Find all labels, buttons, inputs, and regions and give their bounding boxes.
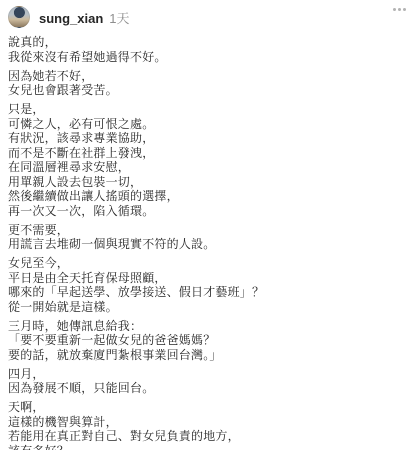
post-paragraph: 因為她若不好， 女兒也會跟著受苦。 [8,69,406,98]
post-paragraph: 只是， 可憐之人，必有可恨之處。 有狀況，該尋求專業協助， 而不是不斷在社群上發… [8,102,406,218]
dot [403,8,406,11]
post-paragraph: 女兒至今， 平日是由全天托育保母照顧， 哪來的「早起送學、放學接送、假日才藝班」… [8,256,406,314]
post-paragraph: 說真的， 我從來沒有希望她過得不好。 [8,35,406,64]
post-paragraph: 四月， 因為發展不順，只能回台。 [8,367,406,396]
header-text: sung_xian 1天 [39,8,130,27]
post-view: sung_xian 1天 說真的， 我從來沒有希望她過得不好。因為她若不好， 女… [0,0,416,450]
post-header: sung_xian 1天 [0,0,416,30]
post-paragraph: 更不需要， 用謊言去堆砌一個與現實不符的人設。 [8,223,406,252]
more-options-icon[interactable] [391,6,408,13]
post-text: 說真的， 我從來沒有希望她過得不好。因為她若不好， 女兒也會跟著受苦。只是， 可… [0,30,416,450]
username[interactable]: sung_xian [39,11,103,26]
dot [393,8,396,11]
dot [398,8,401,11]
avatar[interactable] [8,6,30,28]
post-paragraph: 天啊， 這樣的機智與算計， 若能用在真正對自己、對女兒負責的地方， 該有多好？ [8,400,406,450]
timestamp: 1天 [109,8,129,27]
post-paragraph: 三月時，她傳訊息給我： 「要不要重新一起做女兒的爸爸媽媽？ 要的話，就放棄廈門紮… [8,319,406,363]
